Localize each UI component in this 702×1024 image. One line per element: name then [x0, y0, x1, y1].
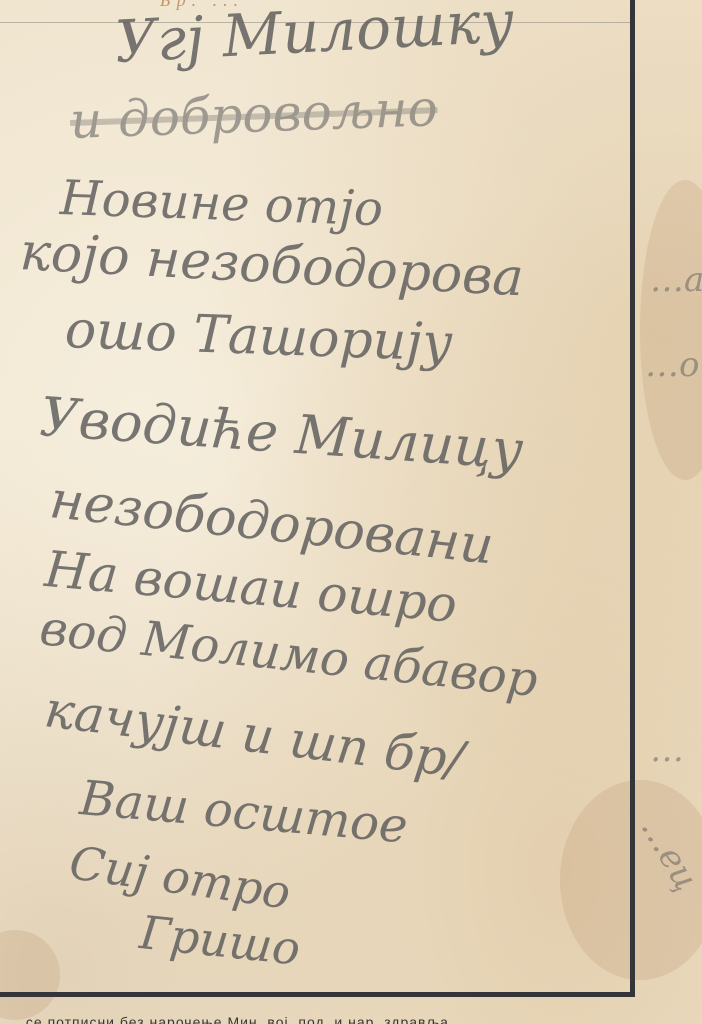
margin-scribble: …о [645, 345, 699, 385]
margin-scribble: …ец [633, 810, 702, 897]
printed-caption: … се потписни без нарочење Мин. вој. под… [6, 1008, 702, 1024]
margin-scribble: … [650, 730, 684, 770]
handwritten-line: Сиј отро [66, 835, 294, 919]
handwritten-line: којо незободорова [18, 222, 525, 308]
margin-scribble: …а [650, 260, 702, 300]
scanned-paper: Бр. ... Угј Милошку и добровољно Новине … [0, 0, 702, 1024]
handwritten-line: Угј Милошку [113, 0, 515, 76]
handwritten-line: Уводиће Милицу [38, 385, 525, 482]
handwritten-line-struck: и добровољно [69, 79, 439, 150]
handwritten-letter: Угј Милошку и добровољно Новине отјо кој… [0, 0, 702, 1000]
handwritten-line: ошо Ташорију [64, 300, 454, 373]
